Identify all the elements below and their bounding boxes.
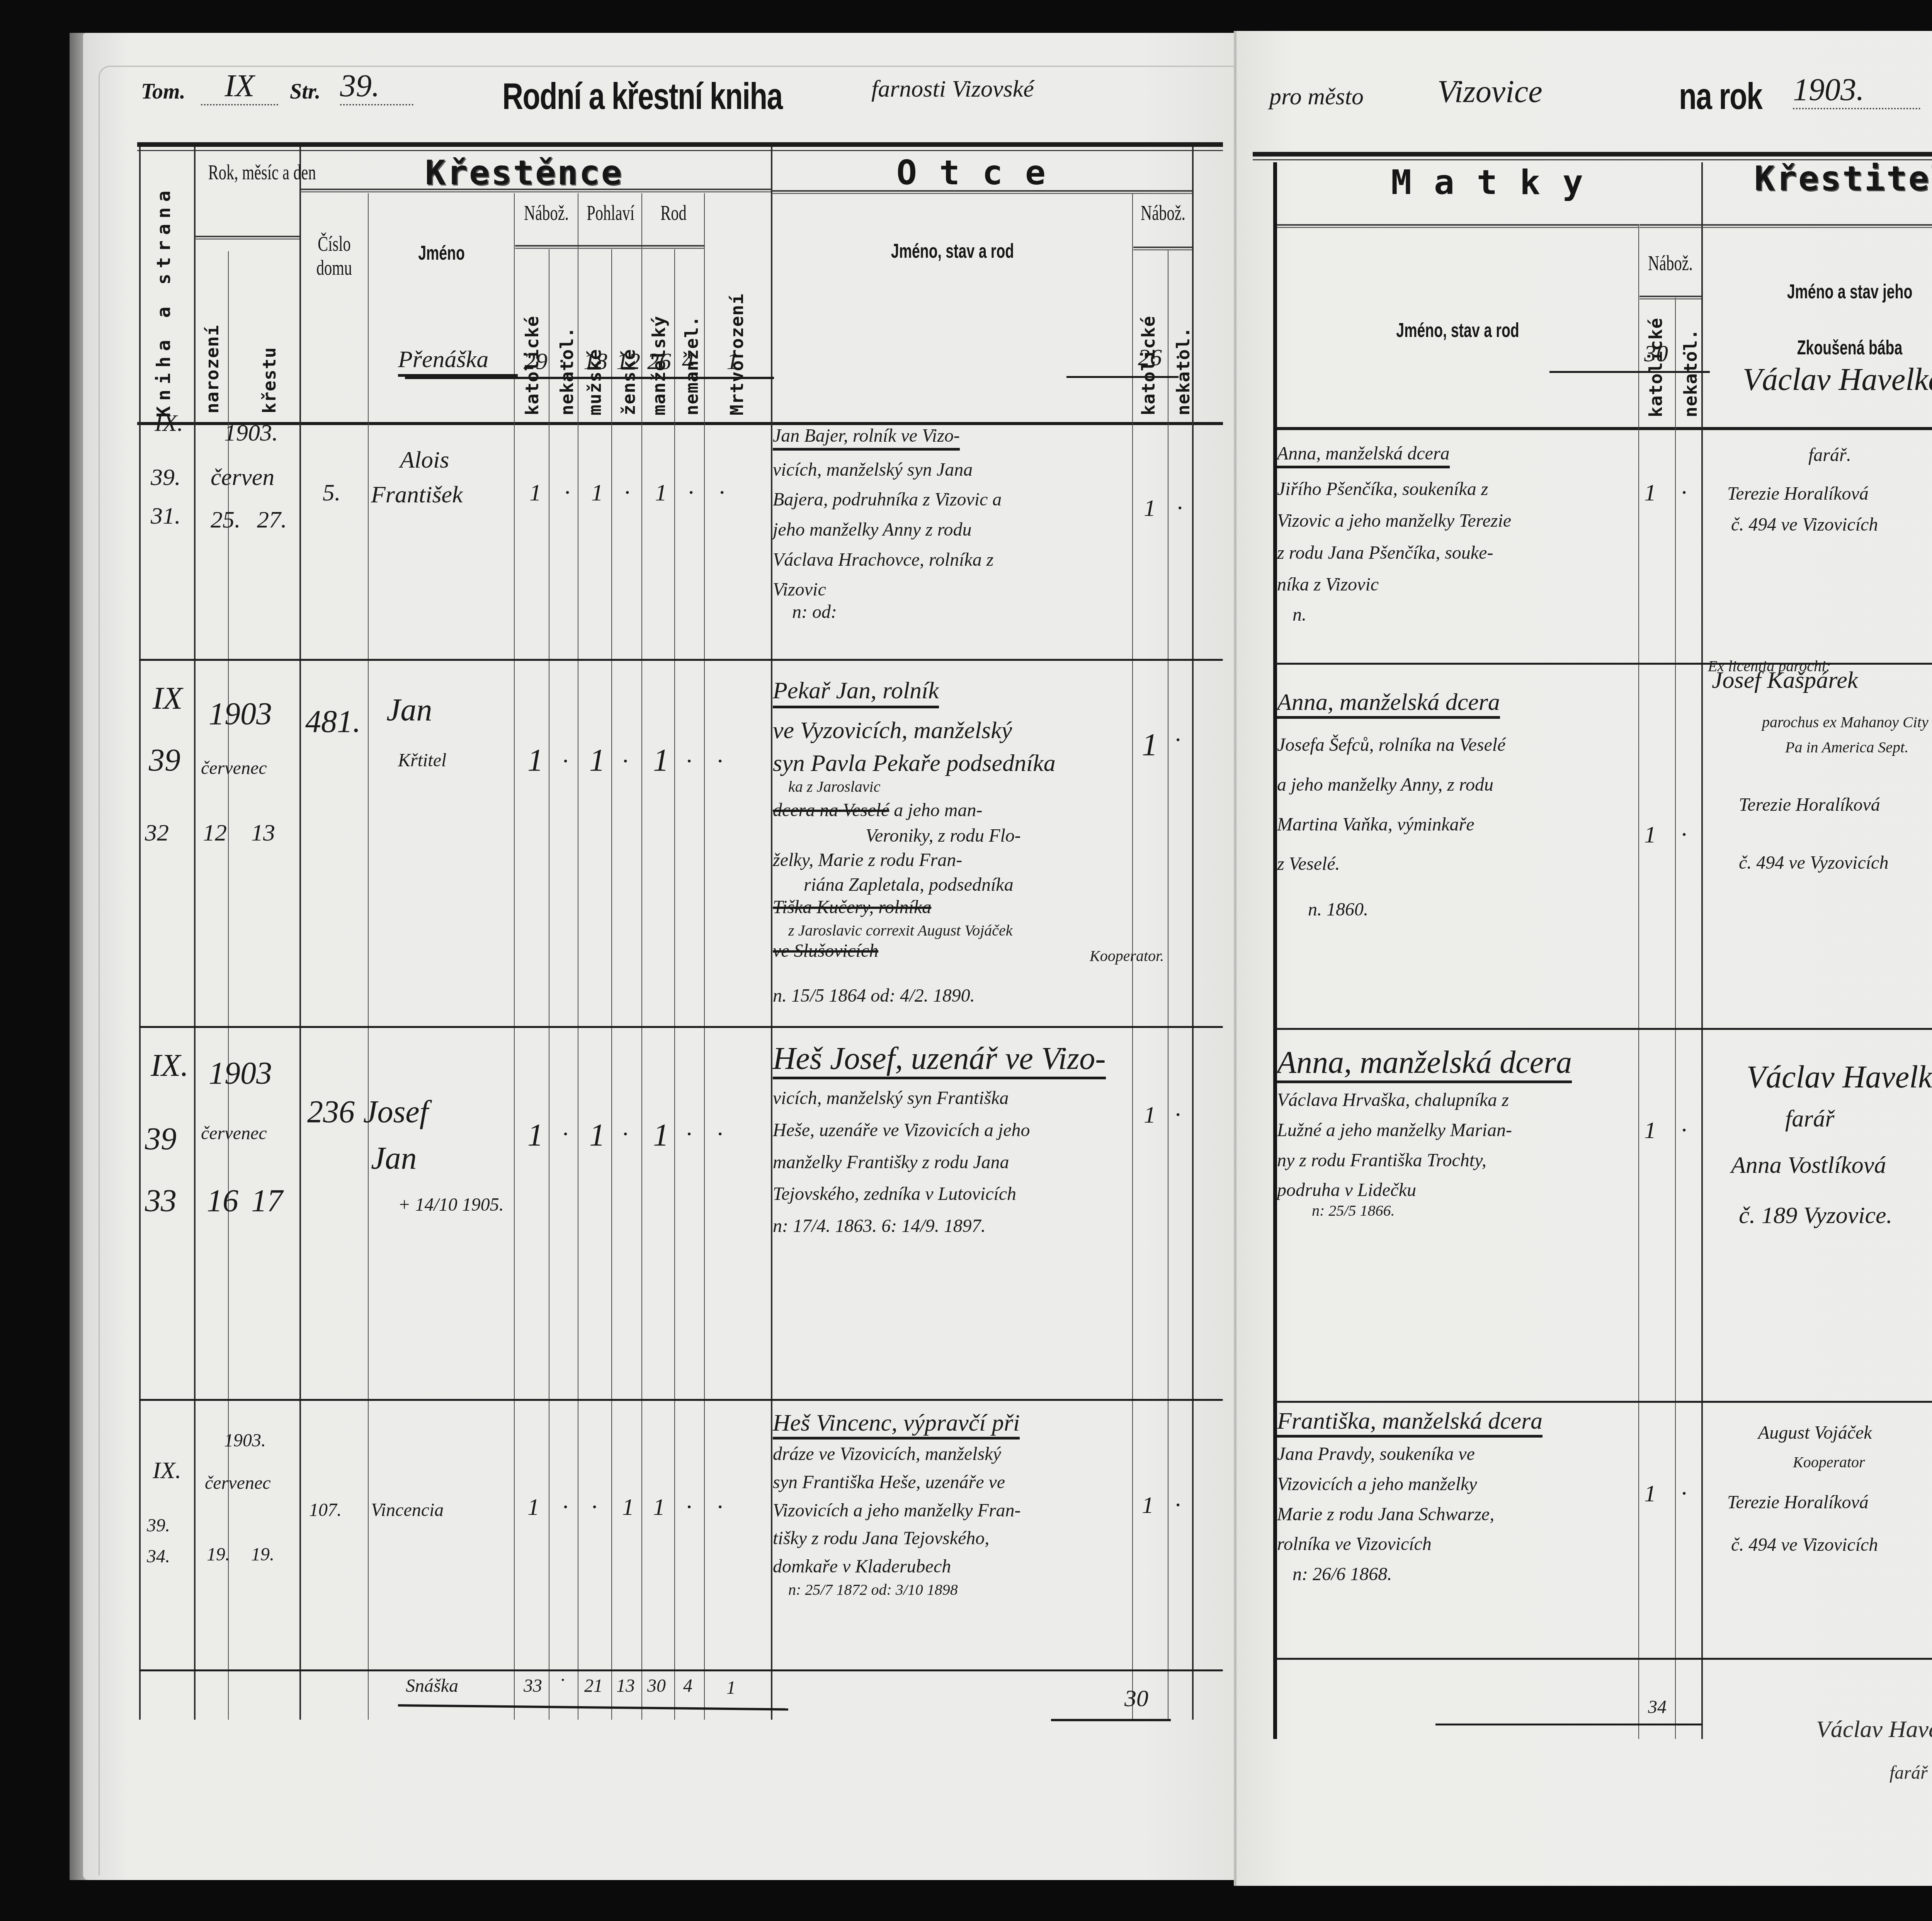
mother-katolicke: 1 [1644,1480,1656,1508]
mother-katolicke: 1 [1644,821,1656,849]
right-page [1236,31,1932,1886]
mother-line: n: 25/5 1866. [1312,1201,1572,1220]
header-cislo-domu: Číslo domu [311,232,357,280]
col-rule [611,249,612,1720]
father-line: riána Zapletala, podsedníka [804,874,1164,896]
entry-born-day: 16 [207,1183,238,1219]
midwife-name: Terezie Horalíková [1727,483,1869,504]
closing-signature-title: farář [1889,1762,1928,1783]
mark-nekatol: · [562,748,568,775]
father-line: Jan Bajer, rolník ve Vizo- [773,425,960,451]
entry-child-name: Vincencia [371,1499,444,1521]
father-line: n: od: [792,601,1002,623]
col-rule [1273,162,1277,1739]
midwife-name: Anna Vostlíková [1731,1152,1886,1179]
father-line: z Jaroslavic correxit August Vojáček [788,921,1164,940]
entry-death-note: + 14/10 1905. [398,1194,504,1215]
header-subrule [1639,224,1701,228]
mother-nekatol: · [1681,1117,1687,1144]
entry-page: 39. [147,1515,170,1536]
father-line: tišky z rodu Jana Tejovského, [773,1527,1021,1550]
mother-line: Jana Pravdy, soukeníka ve [1277,1443,1543,1465]
struck-text: ve Slušovicích [773,940,878,962]
father-line: Vizovic [773,579,1002,601]
col-rule [1701,162,1703,1739]
header-mrtvorozeni: Mrtvorození [726,255,747,415]
totals-matky-underline [1435,1724,1702,1725]
carryover-muzske: 18 [583,348,607,375]
midwife-address: č. 494 ve Vyzovicích [1739,852,1888,873]
mark-manzelsky: 1 [653,742,669,778]
father-nekatol: · [1175,1492,1181,1519]
header-otce: Otce [896,153,1068,192]
header-pohlavi: Pohlaví [587,201,634,225]
carryover-otce-katolicke: 26 [1138,344,1162,371]
baptizer-title: farář [1785,1105,1834,1133]
mother-line: n: 26/6 1868. [1293,1563,1543,1586]
row-separator [1275,1401,1932,1403]
midwife-address: č. 189 Vyzovice. [1739,1202,1892,1229]
mark-nekatol: · [562,1121,568,1148]
totals-nemanzel: 4 [683,1675,692,1696]
mark-mrtvorozeni: · [717,748,723,775]
father-katolicke: 1 [1144,1101,1156,1129]
na-rok-label: na rok [1679,75,1762,118]
entry-baptized-day: 19. [251,1544,274,1565]
right-header-bottom-rule [1275,427,1932,430]
town-name: Vizovice [1437,73,1543,110]
entry-born-day: 19. [207,1544,230,1565]
struck-text: dcera na Veselé [773,800,889,820]
father-line: n: 17/4. 1863. 6: 14/9. 1897. [773,1215,1106,1237]
midwife-address: č. 494 ve Vizovicích [1731,1534,1878,1555]
entry-year: 1903. [224,1430,266,1451]
header-jmeno: Jméno [389,242,494,265]
mother-line: z Veselé. [1277,853,1505,875]
entry-mother: Anna, manželská dcera Josefa Šefců, roln… [1277,688,1505,921]
mark-katolicke: 1 [529,479,541,507]
baptizer-title: parochus ex Mahanoy City [1762,713,1929,731]
entry-year: 1903. [224,419,278,447]
col-rule [771,147,772,1720]
mother-line: Anna, manželská dcera [1277,442,1450,468]
mark-nemanzel: · [686,748,692,775]
father-line: Heš Vincenc, výpravčí při [773,1409,1021,1437]
entry-month: červenec [205,1472,271,1494]
col-rule [549,249,549,1720]
totals-otce-underline [1051,1719,1171,1721]
totals-muzske: 21 [584,1675,603,1696]
carryover-matky-underline [1549,371,1710,373]
mark-katolicke: 1 [527,742,543,778]
mother-first-line: Františka, manželská dcera [1277,1408,1543,1438]
midwife-address: č. 494 ve Vizovicích [1731,514,1878,535]
mother-line: Josefa Šefců, rolníka na Veselé [1277,734,1505,756]
header-krestitel: Křestitel [1754,158,1932,198]
father-nekatol: · [1177,495,1183,522]
mother-line: a jeho manželky Anny, z rodu [1277,774,1505,796]
father-line: manželky Františky z rodu Jana [773,1151,1106,1174]
col-rule [578,193,578,1720]
row-separator [139,1399,1223,1401]
father-line: Bajera, podruhníka z Vizovic a [773,488,1002,511]
totals-mrtvorozeni: 1 [726,1677,736,1698]
entry-house: 236 [307,1094,355,1130]
entry-child-name-1: Alois [400,446,449,474]
mark-muzske: 1 [589,1117,605,1153]
father-line: Heše, uzenáře ve Vizovicích a jeho [773,1119,1106,1142]
header-subrule [1702,224,1932,228]
baptizer-title: farář. [1808,444,1851,466]
closing-signature-name: Václav Havelka [1816,1716,1932,1743]
mark-katolicke: 1 [527,1494,539,1521]
entry-mother: Anna, manželská dcera Jiřího Pšenčíka, s… [1277,442,1511,626]
mother-line: n. [1293,604,1511,626]
father-line: ve Vyzovicích, manželský [773,716,1164,745]
col-rule [1168,249,1168,1720]
father-line-part: želky, Marie z rodu Fran- [773,850,962,870]
header-krestitel-jmeno: Jméno a stav jeho [1744,280,1932,303]
header-otce-naboz: Nábož. [1141,201,1185,225]
left-table-top-rule [137,142,1223,147]
carryover-katolicke: 29 [524,348,548,375]
father-nekatol: · [1175,1101,1181,1129]
entry-month: červen [211,464,274,491]
mark-zenske: · [622,1121,628,1148]
entry-father: Heš Vincenc, výpravčí při dráze ve Vizov… [773,1409,1021,1599]
mother-line: Martina Vaňka, výminkaře [1277,813,1505,836]
mother-line: níka z Vizovic [1277,573,1511,596]
str-label: Str. [290,79,320,104]
entry-number: 34. [147,1546,170,1567]
entry-mother: Františka, manželská dcera Jana Pravdy, … [1277,1407,1543,1585]
header-naboz: Nábož. [523,201,570,225]
header-narozeni: narození [202,278,223,413]
father-line: syn Františka Heše, uzenáře ve [773,1471,1021,1494]
entry-born-day: 12 [203,819,227,847]
header-subrule [515,245,704,249]
mark-muzske: 1 [589,742,605,778]
father-line: ka z Jaroslavic [788,778,1164,796]
mother-first-line: Anna, manželská dcera [1277,1045,1572,1083]
col-rule [299,147,301,1720]
entry-baptized-day: 27. [257,506,287,534]
entry-house: 5. [323,479,341,507]
header-manzelsky: manželský [648,271,669,415]
entry-child-name-2: František [371,481,463,509]
entry-father: Pekař Jan, rolník ve Vyzovicích, manžels… [773,676,1164,1007]
header-rok-mesic-den: Rok, měsíc a den [208,160,287,184]
mark-manzelsky: 1 [653,1494,665,1521]
mother-nekatol: · [1681,479,1687,507]
header-nemanzel: nemanžel. [681,278,702,415]
carryover-matky-katolicke: 30 [1644,340,1668,368]
mark-mrtvorozeni: · [717,1494,723,1521]
father-line: vicích, manželský syn Jana [773,459,1002,481]
father-first-line: Heš Vincenc, výpravčí při [773,1410,1020,1439]
father-line: dcera na Veselé a jeho man- [773,799,1164,822]
midwife-name: Terezie Horalíková [1739,794,1880,815]
father-line: Veroniky, z rodu Flo- [866,825,1164,847]
entry-book: IX. [151,1047,189,1084]
entry-father: Jan Bajer, rolník ve Vizo- vicích, manže… [773,421,1002,623]
col-rule [139,147,141,1720]
entry-child-name-2: Křtitel [398,750,446,771]
header-matky: Matky [1391,162,1605,202]
mother-line: rolníka ve Vizovicích [1277,1533,1543,1555]
str-value: 39. [340,68,413,105]
father-line: dráze ve Vizovicích, manželský [773,1443,1021,1465]
mark-zenske: 1 [622,1494,634,1521]
col-rule [704,193,705,1720]
father-katolicke: 1 [1142,727,1158,763]
carryover-nemanzel: 4 [682,348,694,375]
mark-nekatol: · [562,1494,568,1521]
mother-line: ny z rodu Františka Trochty, [1277,1149,1572,1172]
header-kniha-strana: Kniha a strana [153,216,175,417]
carryover-nekatol: · [558,348,565,375]
father-line: Vizovicích a jeho manželky Fran- [773,1499,1021,1522]
header-zkousena-baba: Zkoušená bába [1744,336,1932,359]
mother-line: Václava Hrvaška, chalupníka z [1277,1089,1572,1111]
header-subrule [1639,296,1701,299]
father-line-part: a jeho man- [894,800,982,820]
col-rule [674,249,675,1720]
row-separator [139,1669,1223,1671]
carryover-underline [405,377,774,379]
entry-child-name-2: Jan [371,1140,417,1176]
mother-line: Anna, manželská dcera [1277,688,1505,716]
carryover-otce-nekatol: · [1175,344,1181,371]
totals-nekatol: · [560,1669,565,1691]
carryover-mrtvorozeni: 1 [726,348,738,375]
father-first-line: Heš Josef, uzenář ve Vizo- [773,1041,1106,1079]
header-subrule [1277,224,1638,228]
mark-nemanzel: · [688,479,694,507]
father-line: n. 15/5 1864 od: 4/2. 1890. [773,985,1164,1007]
mark-nekatol: · [564,479,570,507]
entry-page: 39 [149,742,180,778]
mark-nemanzel: · [686,1121,692,1148]
mark-muzske: 1 [591,479,603,507]
father-nekatol: · [1175,727,1181,754]
father-katolicke: 1 [1144,495,1156,522]
father-line: domkaře v Kladerubech [773,1555,1021,1578]
entry-month: červenec [201,1123,267,1144]
entry-mother: Anna, manželská dcera Václava Hrvaška, c… [1277,1043,1572,1220]
entry-book: IX [153,680,182,716]
father-line: želky, Marie z rodu Fran- [773,849,1164,871]
col-rule [1675,298,1676,1739]
father-line: Pekař Jan, rolník [773,676,939,708]
mother-nekatol: · [1681,1480,1687,1508]
row-separator [1275,1658,1932,1660]
entry-baptized-day: 17 [251,1183,283,1219]
entry-child-name-1: Jan [386,692,432,728]
row-separator [1275,1028,1932,1030]
right-table-top-rule [1253,152,1932,157]
header-krestu: křestu [259,294,280,413]
baptizer-name: Václav Havelka [1747,1059,1932,1095]
mother-katolicke: 1 [1644,479,1656,507]
totals-katolicke: 33 [524,1675,542,1696]
header-otce-jmeno: Jméno, stav a rod [823,240,1082,263]
header-matky-jmeno: Jméno, stav a rod [1328,319,1588,342]
mark-zenske: · [624,479,630,507]
baptizer-title: Kooperator [1793,1453,1865,1471]
mother-line: Vizovicích a jeho manželky [1277,1473,1543,1496]
col-rule [368,193,369,1720]
col-rule [641,193,642,1720]
entry-number: 31. [151,502,181,530]
mark-zenske: · [622,748,628,775]
row-separator [139,1026,1223,1028]
father-line: Václava Hrachovce, rolníka z [773,549,1002,571]
mother-line: Františka, manželská dcera [1277,1407,1543,1435]
header-rod: Rod [650,201,697,225]
col-rule [514,193,515,1720]
book-spine [1234,31,1237,1886]
header-subrule [195,236,299,240]
entry-page: 39 [145,1121,177,1157]
entry-number: 33 [145,1183,177,1219]
father-line: Tejovského, zedníka v Lutovicích [773,1183,1106,1205]
tom-label: Tom. [141,79,185,104]
mark-manzelsky: 1 [653,1117,669,1153]
entry-child-name-1: Josef [363,1094,428,1130]
row-separator [1275,663,1932,665]
mark-mrtvorozeni: · [717,1121,723,1148]
col-rule [1638,224,1639,1739]
entry-father: Heš Josef, uzenář ve Vizo- vicích, manže… [773,1040,1106,1237]
entry-year: 1903 [209,696,272,732]
entry-house: 107. [309,1499,342,1521]
header-krestence: Křestěnce [425,153,623,192]
mother-line: Anna, manželská dcera [1277,1043,1572,1081]
year-value: 1903. [1793,71,1920,109]
pro-mesto-label: pro město [1269,83,1364,111]
header-matky-naboz: Nábož. [1647,251,1694,275]
mother-line: z rodu Jana Pšenčíka, souke- [1277,542,1511,564]
mother-line: podruha v Lidečku [1277,1179,1572,1201]
totals-label: Snáška [406,1675,458,1696]
mother-line: Vizovic a jeho manželky Terezie [1277,510,1511,532]
midwife-name: Terezie Horalíková [1727,1492,1869,1513]
totals-zenske: 13 [616,1675,635,1696]
mark-nemanzel: · [686,1494,692,1521]
entry-book: IX. [153,1457,181,1484]
baptizer-location: Pa in America Sept. [1785,738,1908,756]
entry-page: 39. [151,464,181,491]
father-line: jeho manželky Anny z rodu [773,519,1002,541]
mother-line: Jiřího Pšenčíka, soukeníka z [1277,478,1511,500]
mother-katolicke: 1 [1644,1117,1656,1144]
mark-katolicke: 1 [527,1117,543,1153]
mother-first-line: Anna, manželská dcera [1277,689,1500,719]
baptizer-name: August Vojáček [1758,1422,1872,1443]
struck-text: Tiška Kučery, rolníka [773,896,1164,919]
baptizer-name: Josef Kašpárek [1712,667,1858,694]
entry-book: IX. [155,410,183,437]
mark-mrtvorozeni: · [719,479,725,507]
carryover-label: Přenáška [398,346,518,377]
father-line: vicích, manželský syn Františka [773,1087,1106,1109]
totals-matky-katolicke: 34 [1648,1696,1667,1718]
mark-muzske: · [591,1494,597,1521]
carryover-matky-nekatol: · [1681,340,1687,368]
carryover-zenske: 12 [616,348,640,375]
parish-name: farnosti Vizovské [871,75,1034,103]
entry-month: červenec [201,757,267,779]
entry-number: 32 [145,819,169,847]
mother-line: Lužné a jeho manželky Marian- [1277,1119,1572,1142]
tom-value: IX [201,68,278,105]
mother-line: Marie z rodu Jana Schwarze, [1277,1503,1543,1526]
mother-nekatol: · [1681,821,1687,849]
baptizer-name: Václav Havelka [1743,361,1932,398]
entry-born-day: 25. [211,506,241,534]
father-katolicke: 1 [1142,1492,1154,1519]
register-title: Rodní a křestní kniha [502,75,782,118]
father-line: Heš Josef, uzenář ve Vizo- [773,1040,1106,1077]
col-rule [194,147,196,1720]
totals-otce-katolicke: 30 [1124,1685,1148,1712]
father-line: syn Pavla Pekaře podsedníka [773,749,1164,778]
totals-manzelsky: 30 [647,1675,666,1696]
carryover-manzelsky: 26 [647,348,671,375]
carryover-otce-underline [1066,376,1179,378]
header-subrule [1133,247,1192,250]
mother-line: n. 1860. [1308,898,1505,921]
entry-house: 481. [305,703,361,740]
entry-baptized-day: 13 [251,819,275,847]
mark-manzelsky: 1 [655,479,667,507]
row-separator [139,659,1223,661]
father-line: n: 25/7 1872 od: 3/10 1898 [788,1581,1021,1599]
entry-year: 1903 [209,1055,272,1091]
father-line: Kooperator. [1090,947,1164,965]
